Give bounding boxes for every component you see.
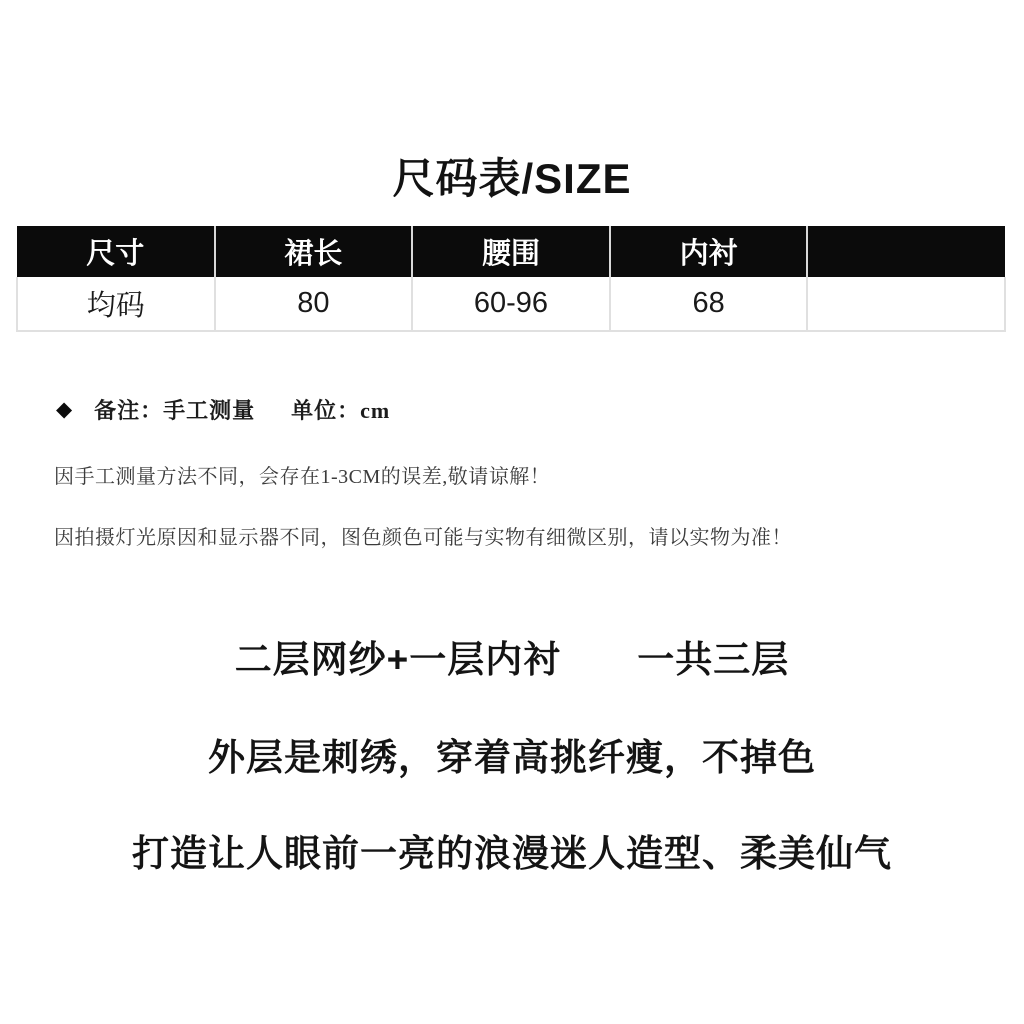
col-header-size: 尺寸 — [17, 226, 215, 277]
col-header-empty — [807, 226, 1005, 277]
col-header-skirt-length: 裙长 — [215, 226, 413, 277]
cell-skirt-length: 80 — [215, 277, 413, 331]
diamond-bullet-icon: ◆ — [56, 399, 72, 420]
size-chart-page: 尺码表/SIZE 尺寸 裙长 腰围 内衬 均码 80 60-96 68 ◆ 备注… — [0, 0, 1024, 1024]
highlight-layers: 二层网纱+一层内衬 一共三层 — [0, 629, 1024, 683]
cell-empty — [807, 277, 1005, 331]
col-header-waist: 腰围 — [412, 226, 610, 277]
cell-lining: 68 — [610, 277, 808, 331]
page-title: 尺码表/SIZE — [0, 146, 1024, 206]
table-row: 均码 80 60-96 68 — [17, 277, 1005, 331]
highlight-embroidery: 外层是刺绣，穿着高挑纤瘦，不掉色 — [0, 727, 1024, 781]
measurement-disclaimer: 因手工测量方法不同，会存在1-3CM的误差,敬请谅解！ — [54, 460, 550, 489]
col-header-lining: 内衬 — [610, 226, 808, 277]
unit-text: 单位：cm — [291, 394, 390, 425]
highlight-style: 打造让人眼前一亮的浪漫迷人造型、柔美仙气 — [0, 823, 1024, 877]
cell-waist: 60-96 — [412, 277, 610, 331]
remark-text: 备注：手工测量 — [94, 394, 255, 425]
remark-line: ◆ 备注：手工测量 单位：cm — [56, 394, 390, 425]
size-table-header-row: 尺寸 裙长 腰围 内衬 — [17, 226, 1005, 277]
size-table: 尺寸 裙长 腰围 内衬 均码 80 60-96 68 — [16, 226, 1006, 332]
color-disclaimer: 因拍摄灯光原因和显示器不同，图色颜色可能与实物有细微区别，请以实物为准！ — [54, 521, 792, 550]
cell-size: 均码 — [17, 277, 215, 331]
